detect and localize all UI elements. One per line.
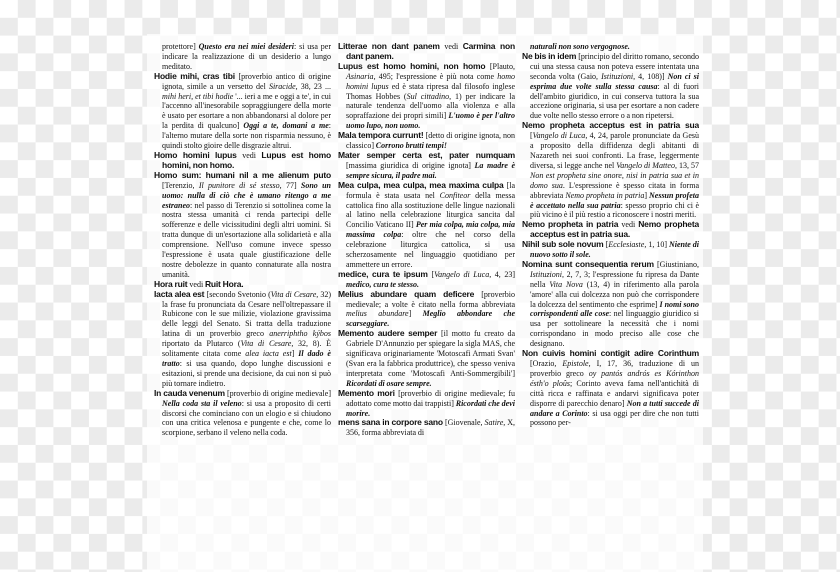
entry-headword: In cauda venenum [154,388,227,398]
entry-text: mihi heri, et tibi hodie [162,92,233,101]
entry-text: , 495; l'espressione è più nota come [374,72,498,81]
dictionary-entry: Lupus est homo homini, non homo [Plauto,… [338,62,515,131]
entry-text: [proverbio di origine medievale] [227,389,331,398]
entry-headword: Lupus est homo homini, non homo [338,61,490,71]
entry-headword: Litterae non dant panem [338,42,444,51]
entry-text: Istituzioni [601,72,633,81]
entry-text: Vangelo di Luca [434,270,489,279]
dictionary-entry: In cauda venenum [proverbio di origine m… [154,389,331,439]
dictionary-entry: Memento audere semper [il motto fu creat… [338,329,515,388]
entry-headword: Homo sum: humani nil a me alienum puto [154,170,331,180]
dictionary-entry: Non cuivis homini contigit adire Corinth… [522,349,699,428]
entry-headword: Memento audere semper [338,328,441,338]
entry-text: Vangelo di Matteo [616,161,675,170]
entry-text: [Plauto, [490,62,515,71]
entry-text: Vita di Cesare [241,339,292,348]
entry-headword: Hodie mihi, cras tibi [154,71,238,81]
entry-text: Nella coda sta il veleno [162,399,242,408]
entry-headword: Homo homini lupus [154,150,242,160]
dictionary-entry: Ne bis in idem [principio del diritto ro… [522,52,699,121]
entry-text: Oggi a te, domani a me [243,121,328,130]
entry-text: medico, cura te stesso. [346,280,419,289]
entry-text: : si usa quando, dopo lunghe discussioni… [162,359,331,388]
entry-text: vedi [621,220,638,229]
entry-text: Questo era nei miei desideri [199,42,294,51]
dictionary-entry: Melius abundare quam deficere [proverbio… [338,290,515,330]
dictionary-entry: Mater semper certa est, pater numquam [m… [338,151,515,181]
dictionary-entry: Homo homini lupus vedi Lupus est homo ho… [154,151,331,171]
entry-headword: Nihil sub sole novum [522,239,606,249]
entry-text: [Giustiniano, [657,260,699,269]
entry-continuation: protettore] Questo era nei miei desideri… [154,42,331,72]
entry-text: Il punitore di sé stesso [199,181,280,190]
entry-text: Ecclesiaste [608,240,644,249]
entry-text: Sul cittadino [407,92,450,101]
dictionary-entry: Nemo propheta acceptus est in patria sua… [522,121,699,220]
dictionary-text-block: protettore] Questo era nei miei desideri… [154,42,700,558]
entry-headword: Mea culpa, mea culpa, mea maxima culpa [338,180,507,190]
entry-headword: Nemo propheta in patria [522,219,621,229]
entry-headword: Melius abundare quam deficere [338,289,481,299]
entry-text: , 1, 10] [644,240,669,249]
entry-headword: medice, cura te ipsum [338,269,431,279]
dictionary-entry: Nihil sub sole novum [Ecclesiaste, 1, 10… [522,240,699,260]
dictionary-entry: Mea culpa, mea culpa, mea maxima culpa [… [338,181,515,270]
dictionary-entry: Nomina sunt consequentia rerum [Giustini… [522,260,699,349]
entry-text: Ricordati di osare sempre. [346,379,432,388]
dictionary-entry: Litterae non dant panem vedi Carmina non… [338,42,515,62]
transparency-checkerboard: protettore] Questo era nei miei desideri… [0,0,840,572]
entry-text: : nel passo di Terenzio si sottolinea co… [162,201,331,279]
entry-text: Confiteor [440,191,471,200]
entry-text: ] [409,309,423,318]
entry-text: [secondo Svetonio ( [207,290,271,299]
entry-text: vedi [189,280,205,289]
dictionary-entry: Memento mori [proverbio di origine medie… [338,389,515,419]
entry-headword: Mater semper certa est, pater numquam [338,150,515,160]
entry-text: anerriphtho kýbos [269,329,331,338]
entry-headword: Memento mori [338,388,398,398]
entry-text: [Terenzio, [162,181,199,190]
text-column-2: Litterae non dant panem vedi Carmina non… [338,42,515,558]
entry-headword: mens sana in corpore sano [338,417,445,427]
entry-headword: Iacta alea est [154,289,207,299]
dictionary-entry: Nemo propheta in patria vedi Nemo prophe… [522,220,699,240]
entry-text: Vita di Cesare [271,290,317,299]
entry-headword: Ruit Hora. [205,279,243,289]
dictionary-entry: Homo sum: humani nil a me alienum puto [… [154,171,331,280]
text-column-3: naturali non sono vergognose.Ne bis in i… [522,42,699,558]
dictionary-entry: Hodie mihi, cras tibi [proverbio antico … [154,72,331,151]
entry-text: protettore] [162,42,199,51]
entry-headword: Mala tempora currunt! [338,130,426,140]
entry-text: , 77] [280,181,301,190]
entry-text: , 13, 57 [675,161,699,170]
entry-headword: Ne bis in idem [522,51,578,61]
entry-text: [Orazio, [530,359,562,368]
entry-text: alea iacta est [245,349,291,358]
entry-text: , 38, 23 ... [296,82,331,91]
entry-text: Nemo propheta in patria [565,191,644,200]
entry-text: [Giovenale, [445,418,485,427]
entry-text: [massima giuridica di origine ignota] [346,161,475,170]
dictionary-entry: Mala tempora currunt! [detto di origine … [338,131,515,151]
entry-text: riportato da Plutarco ( [162,339,241,348]
entry-text: Epistole [562,359,588,368]
entry-text: vedi [242,151,261,160]
entry-text: naturali non sono vergognose. [530,42,630,51]
dictionary-entry: medice, cura te ipsum [Vangelo di Luca, … [338,270,515,290]
dictionary-entry: Iacta alea est [secondo Svetonio (Vita d… [154,290,331,389]
entry-text: melius abundare [346,309,409,318]
entry-text: Vangelo di Luca [533,131,586,140]
entry-text: Satire [484,418,503,427]
entry-text: Siracide [269,82,296,91]
text-column-1: protettore] Questo era nei miei desideri… [154,42,331,558]
entry-text: Vita Nova [549,280,582,289]
entry-headword: Non cuivis homini contigit adire Corinth… [522,348,699,358]
entry-text: , 4, 108)] [633,72,667,81]
entry-text: Corrono brutti tempi! [376,141,447,150]
entry-text: Istituzioni [530,270,562,279]
entry-text: vedi [444,42,462,51]
entry-headword: Hora ruit [154,279,189,289]
dictionary-entry: mens sana in corpore sano [Giovenale, Sa… [338,418,515,438]
entry-headword: Nomina sunt consequentia rerum [522,259,657,269]
entry-text: , 4, 23] [489,270,515,279]
entry-text: Asinaria [346,72,374,81]
entry-headword: Nemo propheta acceptus est in patria sua [522,120,699,130]
